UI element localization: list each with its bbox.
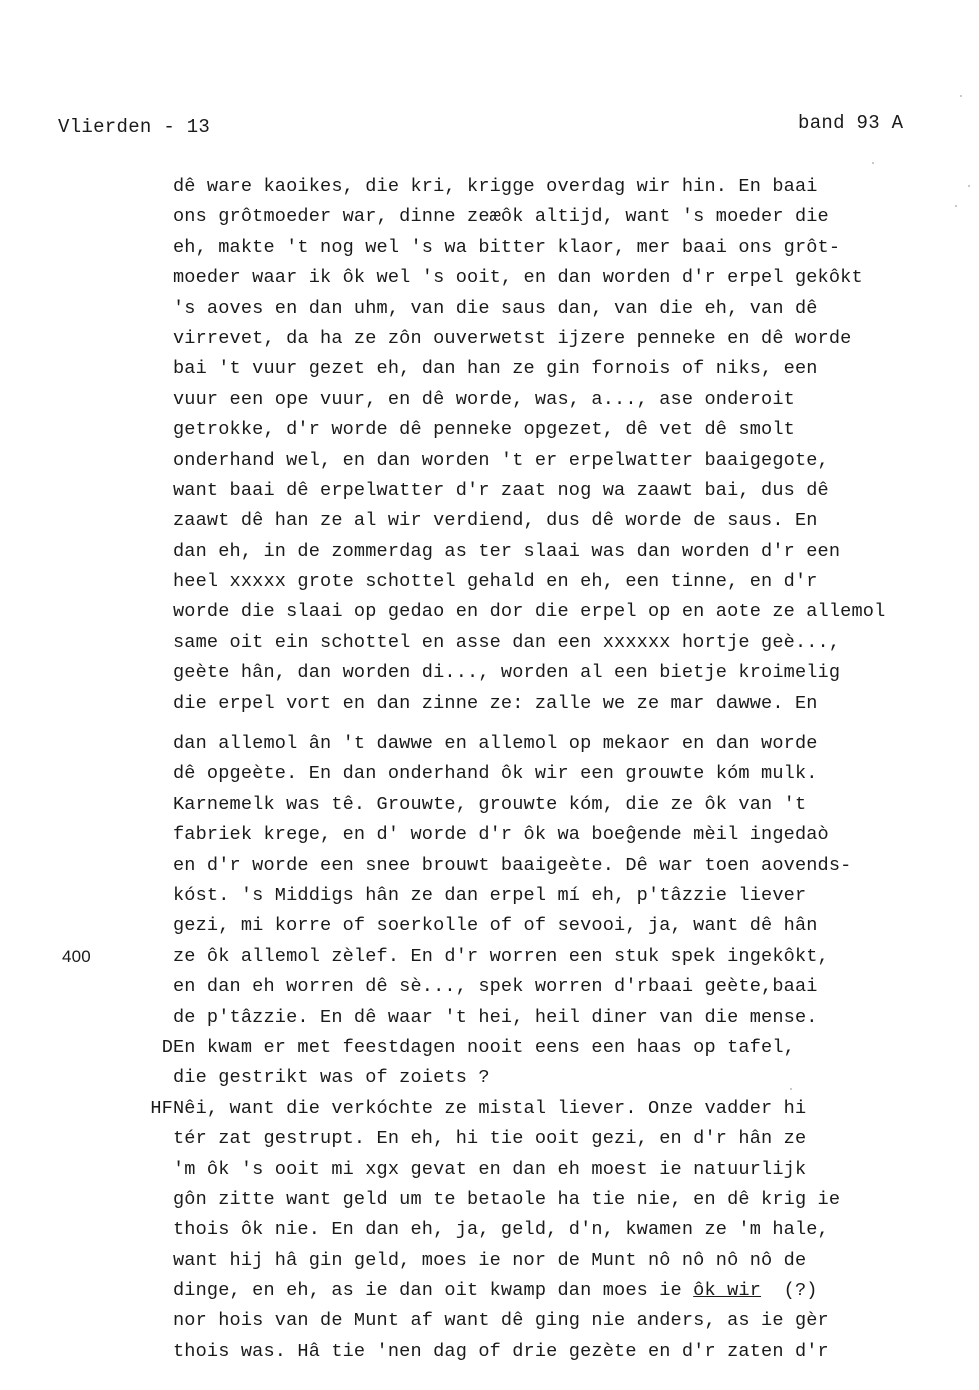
transcript-line: getrokke, d'r worde dê penneke opgezet, … [0, 415, 979, 445]
paper-speck [968, 185, 970, 187]
transcript-line: DEn kwam er met feestdagen nooit eens ee… [0, 1033, 979, 1063]
speaker-label: D [162, 1033, 173, 1063]
paper-speck [955, 205, 957, 207]
transcript-line: fabriek krege, en d' worde d'r ôk wa boe… [0, 820, 979, 850]
transcript-line: HFNêi, want die verkóchte ze mistal liev… [0, 1094, 979, 1124]
line-text: fabriek krege, en d' worde d'r ôk wa boe… [173, 820, 829, 850]
transcript-line: want hij hâ gin geld, moes ie nor de Mun… [0, 1246, 979, 1276]
line-text: thois ôk nie. En dan eh, ja, geld, d'n, … [173, 1215, 829, 1245]
line-text: onderhand wel, en dan worden 't er erpel… [173, 446, 829, 476]
transcript-line: en dan eh worren dê sè..., spek worren d… [0, 972, 979, 1002]
transcript-line: thois was. Hâ tie 'nen dag of drie gezèt… [0, 1337, 979, 1367]
transcript-line: want baai dê erpelwatter d'r zaat nog wa… [0, 476, 979, 506]
paper-speck [790, 1088, 792, 1090]
line-text: kóst. 's Middigs hân ze dan erpel mí eh,… [173, 881, 806, 911]
transcript-line: die erpel vort en dan zinne ze: zalle we… [0, 689, 979, 719]
line-text: getrokke, d'r worde dê penneke opgezet, … [173, 415, 795, 445]
tape-reference: band 93 A [798, 112, 903, 134]
transcript-line: Karnemelk was tê. Grouwte, grouwte kóm, … [0, 790, 979, 820]
paragraph-gap [0, 719, 979, 729]
line-text: virrevet, da ha ze zôn ouverwetst ijzere… [173, 324, 851, 354]
transcript-line: dan allemol ân 't dawwe en allemol op me… [0, 729, 979, 759]
underlined-uncertain-text: ôk wir [693, 1280, 761, 1301]
transcript-line: 's aoves en dan uhm, van die saus dan, v… [0, 294, 979, 324]
document-title: Vlierden - 13 [58, 116, 210, 138]
line-text: vuur een ope vuur, en dê worde, was, a..… [173, 385, 795, 415]
transcript-line: dan eh, in de zommerdag as ter slaai was… [0, 537, 979, 567]
line-text: ons grôtmoeder war, dinne zeæôk altijd, … [173, 202, 829, 232]
line-text: ze ôk allemol zèlef. En d'r worren een s… [173, 942, 829, 972]
transcript-line: dê opgeète. En dan onderhand ôk wir een … [0, 759, 979, 789]
line-text: want hij hâ gin geld, moes ie nor de Mun… [173, 1246, 806, 1276]
line-text: eh, makte 't nog wel 's wa bitter klaor,… [173, 233, 840, 263]
transcript-line: nor hois van de Munt af want dê ging nie… [0, 1306, 979, 1336]
paper-speck [960, 95, 962, 97]
line-text: dan allemol ân 't dawwe en allemol op me… [173, 729, 818, 759]
transcript-line: die gestrikt was of zoiets ? [0, 1063, 979, 1093]
transcript-line: worde die slaai op gedao en dor die erpe… [0, 597, 979, 627]
paper-speck [872, 162, 874, 164]
line-text: 'm ôk 's ooit mi xgx gevat en dan eh moe… [173, 1155, 806, 1185]
line-text: en d'r worde een snee brouwt baaigeète. … [173, 851, 851, 881]
line-text: Karnemelk was tê. Grouwte, grouwte kóm, … [173, 790, 806, 820]
line-text: dinge, en eh, as ie dan oit kwamp dan mo… [173, 1276, 818, 1306]
line-text: en dan eh worren dê sè..., spek worren d… [173, 972, 818, 1002]
transcript-line: tér zat gestrupt. En eh, hi tie ooit gez… [0, 1124, 979, 1154]
line-counter: 400 [62, 942, 91, 972]
line-text: want baai dê erpelwatter d'r zaat nog wa… [173, 476, 829, 506]
transcript-line: heel xxxxx grote schottel gehald en eh, … [0, 567, 979, 597]
line-text: dê ware kaoikes, die kri, krigge overdag… [173, 172, 818, 202]
line-text: thois was. Hâ tie 'nen dag of drie gezèt… [173, 1337, 829, 1367]
line-text: geète hân, dan worden di..., worden al e… [173, 658, 840, 688]
line-text: dan eh, in de zommerdag as ter slaai was… [173, 537, 840, 567]
transcript-line: gôn zitte want geld um te betaole ha tie… [0, 1185, 979, 1215]
line-text: gôn zitte want geld um te betaole ha tie… [173, 1185, 840, 1215]
transcript-line: dê ware kaoikes, die kri, krigge overdag… [0, 172, 979, 202]
transcript-line: geète hân, dan worden di..., worden al e… [0, 658, 979, 688]
transcript-line: vuur een ope vuur, en dê worde, was, a..… [0, 385, 979, 415]
transcript-line: moeder waar ik ôk wel 's ooit, en dan wo… [0, 263, 979, 293]
transcript-body: dê ware kaoikes, die kri, krigge overdag… [0, 172, 979, 1367]
transcript-line: 400ze ôk allemol zèlef. En d'r worren ee… [0, 942, 979, 972]
line-text: dê opgeète. En dan onderhand ôk wir een … [173, 759, 818, 789]
transcript-line: de p'tâzzie. En dê waar 't hei, heil din… [0, 1003, 979, 1033]
line-text: moeder waar ik ôk wel 's ooit, en dan wo… [173, 263, 863, 293]
transcript-line: eh, makte 't nog wel 's wa bitter klaor,… [0, 233, 979, 263]
line-text: gezi, mi korre of soerkolle of of sevooi… [173, 911, 818, 941]
transcript-line: zaawt dê han ze al wir verdiend, dus dê … [0, 506, 979, 536]
transcript-line: en d'r worde een snee brouwt baaigeète. … [0, 851, 979, 881]
line-text: nor hois van de Munt af want dê ging nie… [173, 1306, 829, 1336]
transcript-page: Vlierden - 13 band 93 A dê ware kaoikes,… [0, 0, 979, 1390]
line-text: de p'tâzzie. En dê waar 't hei, heil din… [173, 1003, 818, 1033]
line-text: die erpel vort en dan zinne ze: zalle we… [173, 689, 818, 719]
transcript-line: onderhand wel, en dan worden 't er erpel… [0, 446, 979, 476]
line-text: zaawt dê han ze al wir verdiend, dus dê … [173, 506, 818, 536]
transcript-line: dinge, en eh, as ie dan oit kwamp dan mo… [0, 1276, 979, 1306]
transcript-line: ons grôtmoeder war, dinne zeæôk altijd, … [0, 202, 979, 232]
line-text: 's aoves en dan uhm, van die saus dan, v… [173, 294, 818, 324]
transcript-line: kóst. 's Middigs hân ze dan erpel mí eh,… [0, 881, 979, 911]
transcript-line: gezi, mi korre of soerkolle of of sevooi… [0, 911, 979, 941]
transcript-line: thois ôk nie. En dan eh, ja, geld, d'n, … [0, 1215, 979, 1245]
line-text: En kwam er met feestdagen nooit eens een… [173, 1033, 795, 1063]
transcript-line: bai 't vuur gezet eh, dan han ze gin for… [0, 354, 979, 384]
line-text: same oit ein schottel en asse dan een xx… [173, 628, 840, 658]
line-text: die gestrikt was of zoiets ? [173, 1063, 490, 1093]
transcript-line: 'm ôk 's ooit mi xgx gevat en dan eh moe… [0, 1155, 979, 1185]
line-text: tér zat gestrupt. En eh, hi tie ooit gez… [173, 1124, 806, 1154]
speaker-label: HF [150, 1094, 173, 1124]
transcript-line: same oit ein schottel en asse dan een xx… [0, 628, 979, 658]
line-text: heel xxxxx grote schottel gehald en eh, … [173, 567, 818, 597]
line-text: worde die slaai op gedao en dor die erpe… [173, 597, 885, 627]
transcript-line: virrevet, da ha ze zôn ouverwetst ijzere… [0, 324, 979, 354]
line-text: Nêi, want die verkóchte ze mistal liever… [173, 1094, 806, 1124]
line-text: bai 't vuur gezet eh, dan han ze gin for… [173, 354, 818, 384]
